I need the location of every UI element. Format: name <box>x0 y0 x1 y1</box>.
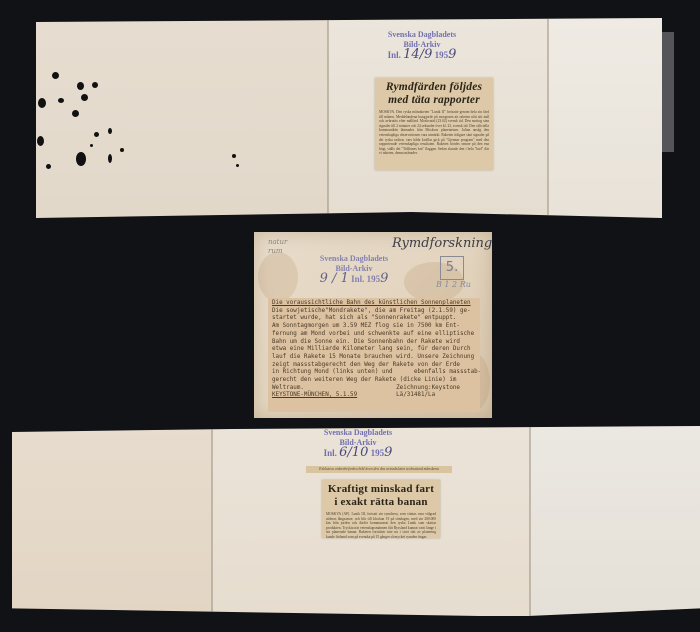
fold-line <box>547 18 549 218</box>
newspaper-clipping: Rymdfärden följdes med täta rapporter MO… <box>375 78 493 170</box>
caption-line: etwa eine Milliarde Kilometer lang sein,… <box>272 346 476 354</box>
archive-stamp: Svenska Dagbladets Bild-Arkiv Inl. 6/10 … <box>318 428 398 458</box>
caption-line: zeigt massstabgerecht den Weg der Rakete… <box>272 362 476 370</box>
caption-line: startet wurde, hat sich als "Sonnenraket… <box>272 315 476 323</box>
stamp-date: 9 / 1 Inl. 1959 <box>314 274 394 284</box>
archive-stamp: Svenska Dagbladets Bild-Arkiv 9 / 1 Inl.… <box>314 254 394 284</box>
caption-line: Am Sonntagmorgen um 3.59 MEZ flog sie in… <box>272 323 476 331</box>
handwritten-title: Rymdforskning <box>392 236 492 251</box>
clipping-headline: Kraftigt minskad fart i exakt rätta bana… <box>326 483 436 509</box>
newspaper-clipping: Kraftigt minskad fart i exakt rätta bana… <box>322 480 440 538</box>
stamp-line-1: Svenska Dagbladets <box>382 30 462 40</box>
caption-line: Bahn um die Sonne ein. Die Sonnenbahn de… <box>272 339 476 347</box>
handwritten-code: B 1 2 Ru <box>436 280 471 289</box>
caption-line: fernung am Mond vorbei und schwenkte auf… <box>272 331 476 339</box>
archive-stamp: Svenska Dagbladets Bild-Arkiv Inl. 14/9 … <box>382 30 462 60</box>
caption-line: in Richtung Mond (links unten) und ebenf… <box>272 369 476 377</box>
caption-footer: KEYSTONE-MÜNCHEN, 5.1.59 Lä/31481/La <box>272 392 476 400</box>
caption-title: Die voraussichtliche Bahn des künstliche… <box>272 300 476 308</box>
caption-line: gerecht den weiteren Weg der Rakete (dic… <box>272 377 476 385</box>
handwritten-note: natur rum <box>268 238 287 256</box>
clipping-body: MOSKVA. Den ryska månraketen "Lunik II" … <box>379 110 489 156</box>
stamp-line-1: Svenska Dagbladets <box>318 428 398 438</box>
fold-line <box>529 426 531 616</box>
mount-panel-right <box>530 426 700 616</box>
mount-panel-right <box>548 18 662 218</box>
typed-caption: Die voraussichtliche Bahn des künstliche… <box>268 298 480 412</box>
tape-piece <box>662 32 674 152</box>
clipping-body: MOSKVA (AP). Lunik III, fortsatt sin rym… <box>326 512 436 540</box>
stamp-line-1: Svenska Dagbladets <box>314 254 394 264</box>
mount-panel-left <box>36 18 328 218</box>
clipping-headline: Rymdfärden följdes med täta rapporter <box>379 81 489 107</box>
stamp-date: Inl. 6/10 1959 <box>318 448 398 458</box>
fold-line <box>211 426 213 616</box>
archive-mount-bottom: Svenska Dagbladets Bild-Arkiv Inl. 6/10 … <box>12 426 700 616</box>
caption-line: Die sowjetische"Mondrakete", die am Frei… <box>272 308 476 316</box>
archive-mount-top: Svenska Dagbladets Bild-Arkiv Inl. 14/9 … <box>36 18 662 218</box>
caption-line: lauf die Rakete 15 Monate brauchen wird.… <box>272 354 476 362</box>
box-number: 5. <box>440 256 464 280</box>
stamp-date: Inl. 14/9 1959 <box>382 50 462 60</box>
mount-panel-left <box>12 426 212 616</box>
archive-photo-card: natur rum Rymdforskning 5. B 1 2 Ru Sven… <box>254 232 492 418</box>
fold-line <box>327 18 329 218</box>
caption-strip: Exklusiva vidarebefordra bild även den d… <box>306 466 452 473</box>
